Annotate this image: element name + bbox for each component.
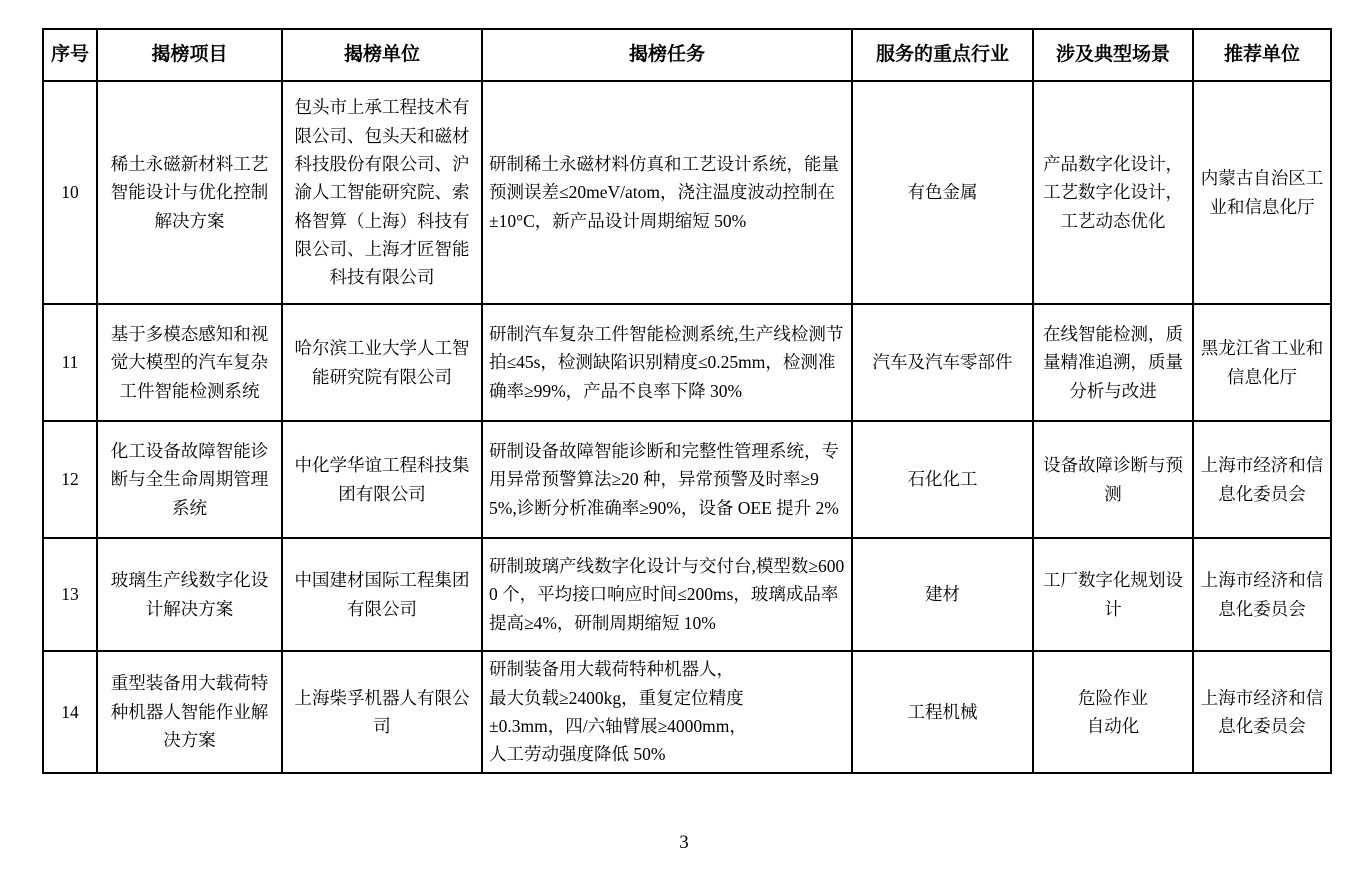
column-header-scenario: 涉及典型场景 [1033,29,1193,81]
cell-industry: 有色金属 [852,81,1033,304]
cell-scenario: 产品数字化设计，工艺数字化设计，工艺动态优化 [1033,81,1193,304]
cell-recommender: 黑龙江省工业和信息化厅 [1193,304,1331,421]
cell-unit: 中国建材国际工程集团有限公司 [282,538,482,651]
cell-industry: 石化化工 [852,421,1033,538]
page-number: 3 [0,832,1368,854]
cell-unit: 包头市上承工程技术有限公司、包头天和磁材科技股份有限公司、沪渝人工智能研究院、索… [282,81,482,304]
cell-no: 13 [43,538,97,651]
cell-industry: 工程机械 [852,651,1033,773]
cell-unit: 上海柴孚机器人有限公司 [282,651,482,773]
cell-recommender: 上海市经济和信息化委员会 [1193,538,1331,651]
table-row: 13 玻璃生产线数字化设计解决方案 中国建材国际工程集团有限公司 研制玻璃产线数… [43,538,1331,651]
column-header-no: 序号 [43,29,97,81]
column-header-industry: 服务的重点行业 [852,29,1033,81]
cell-no: 11 [43,304,97,421]
cell-task: 研制装备用大载荷特种机器人， 最大负载≥2400kg，重复定位精度 ±0.3mm… [482,651,852,773]
cell-task: 研制设备故障智能诊断和完整性管理系统，专用异常预警算法≥20 种，异常预警及时率… [482,421,852,538]
cell-unit: 中化学华谊工程科技集团有限公司 [282,421,482,538]
cell-industry: 建材 [852,538,1033,651]
cell-industry: 汽车及汽车零部件 [852,304,1033,421]
table-row: 12 化工设备故障智能诊断与全生命周期管理系统 中化学华谊工程科技集团有限公司 … [43,421,1331,538]
cell-task: 研制汽车复杂工件智能检测系统,生产线检测节拍≤45s，检测缺陷识别精度≤0.25… [482,304,852,421]
cell-project: 重型装备用大载荷特种机器人智能作业解决方案 [97,651,282,773]
table-row: 10 稀土永磁新材料工艺智能设计与优化控制解决方案 包头市上承工程技术有限公司、… [43,81,1331,304]
cell-recommender: 上海市经济和信息化委员会 [1193,651,1331,773]
column-header-unit: 揭榜单位 [282,29,482,81]
table-row: 14 重型装备用大载荷特种机器人智能作业解决方案 上海柴孚机器人有限公司 研制装… [43,651,1331,773]
cell-recommender: 上海市经济和信息化委员会 [1193,421,1331,538]
cell-scenario: 工厂数字化规划设计 [1033,538,1193,651]
column-header-task: 揭榜任务 [482,29,852,81]
cell-scenario: 危险作业 自动化 [1033,651,1193,773]
cell-scenario: 设备故障诊断与预测 [1033,421,1193,538]
cell-no: 14 [43,651,97,773]
cell-unit: 哈尔滨工业大学人工智能研究院有限公司 [282,304,482,421]
cell-task: 研制稀土永磁材料仿真和工艺设计系统，能量预测误差≤20meV/atom，浇注温度… [482,81,852,304]
document-page: 序号 揭榜项目 揭榜单位 揭榜任务 服务的重点行业 涉及典型场景 推荐单位 10… [0,0,1368,888]
table-header-row: 序号 揭榜项目 揭榜单位 揭榜任务 服务的重点行业 涉及典型场景 推荐单位 [43,29,1331,81]
cell-no: 12 [43,421,97,538]
column-header-recommender: 推荐单位 [1193,29,1331,81]
cell-recommender: 内蒙古自治区工业和信息化厅 [1193,81,1331,304]
projects-table: 序号 揭榜项目 揭榜单位 揭榜任务 服务的重点行业 涉及典型场景 推荐单位 10… [42,28,1332,774]
cell-no: 10 [43,81,97,304]
cell-project: 稀土永磁新材料工艺智能设计与优化控制解决方案 [97,81,282,304]
table-row: 11 基于多模态感知和视觉大模型的汽车复杂工件智能检测系统 哈尔滨工业大学人工智… [43,304,1331,421]
cell-scenario: 在线智能检测，质量精准追溯，质量分析与改进 [1033,304,1193,421]
cell-project: 基于多模态感知和视觉大模型的汽车复杂工件智能检测系统 [97,304,282,421]
cell-task: 研制玻璃产线数字化设计与交付台,模型数≥6000 个，平均接口响应时间≤200m… [482,538,852,651]
column-header-project: 揭榜项目 [97,29,282,81]
cell-project: 玻璃生产线数字化设计解决方案 [97,538,282,651]
cell-project: 化工设备故障智能诊断与全生命周期管理系统 [97,421,282,538]
